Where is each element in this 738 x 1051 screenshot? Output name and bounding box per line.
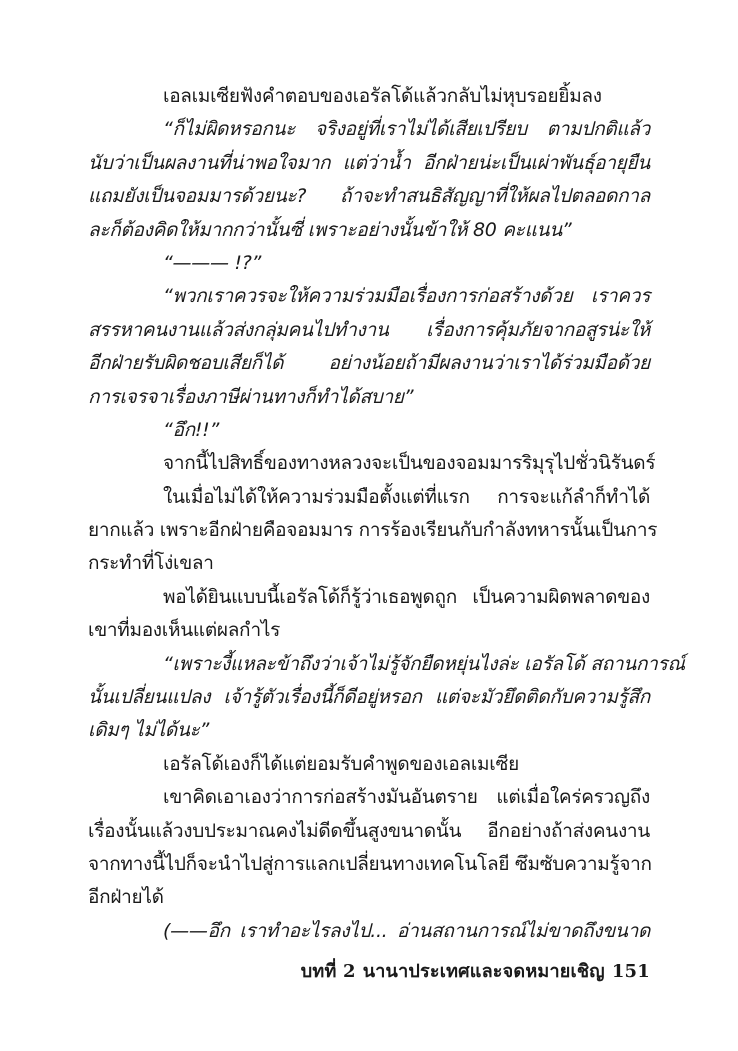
text-line: การเจรจาเรื่องภาษีผ่านทางก็ทำได้สบาย” <box>88 381 650 414</box>
paragraph: เขาคิดเอาเองว่าการก่อสร้างมันอันตราย แต่… <box>88 781 650 915</box>
page-footer: บทที่ 2นานาประเทศและจดหมายเชิญ151 <box>301 956 650 985</box>
text-line: “อึก!!” <box>88 414 650 447</box>
text-line: “ก็ไม่ผิดหรอกนะ จริงอยู่ที่เราไม่ได้เสีย… <box>88 113 650 146</box>
text-line: อีกฝ่ายรับผิดชอบเสียก็ได้ อย่างน้อยถ้ามี… <box>88 347 650 380</box>
text-line: (——อึก เราทำอะไรลงไป... อ่านสถานการณ์ไม่… <box>88 915 650 948</box>
text-line: เรื่องนั้นแล้วงบประมาณคงไม่ดีดขึ้นสูงขนา… <box>88 815 650 848</box>
text-line: เดิมๆ ไม่ได้นะ” <box>88 714 650 747</box>
paragraph: เอลเมเซียฟังคำตอบของเอรัลโด้แล้วกลับไม่ห… <box>88 80 650 113</box>
chapter-label: บทที่ 2 <box>301 961 356 982</box>
dialogue-paragraph: “——— !?” <box>88 247 650 280</box>
chapter-title: นานาประเทศและจดหมายเชิญ <box>363 961 605 982</box>
text-line: ยากแล้ว เพราะอีกฝ่ายคือจอมมาร การร้องเรี… <box>88 514 650 547</box>
text-line: เอลเมเซียฟังคำตอบของเอรัลโด้แล้วกลับไม่ห… <box>88 80 650 113</box>
dialogue-paragraph: “เพราะงี้แหละข้าถึงว่าเจ้าไม่รู้จักยืดหย… <box>88 648 650 748</box>
text-line: “พวกเราควรจะให้ความร่วมมือเรื่องการก่อสร… <box>88 280 650 313</box>
monologue-paragraph: (——อึก เราทำอะไรลงไป... อ่านสถานการณ์ไม่… <box>88 915 650 948</box>
paragraph: ในเมื่อไม่ได้ให้ความร่วมมือตั้งแต่ที่แรก… <box>88 481 650 581</box>
text-line: ละก็ต้องคิดให้มากกว่านั้นซี่ เพราะอย่างน… <box>88 214 650 247</box>
text-line: พอได้ยินแบบนี้เอรัลโด้ก็รู้ว่าเธอพูดถูก … <box>88 581 650 614</box>
dialogue-paragraph: “ก็ไม่ผิดหรอกนะ จริงอยู่ที่เราไม่ได้เสีย… <box>88 113 650 247</box>
paragraph: พอได้ยินแบบนี้เอรัลโด้ก็รู้ว่าเธอพูดถูก … <box>88 581 650 648</box>
text-line: เขาคิดเอาเองว่าการก่อสร้างมันอันตราย แต่… <box>88 781 650 814</box>
text-line: “เพราะงี้แหละข้าถึงว่าเจ้าไม่รู้จักยืดหย… <box>88 648 650 681</box>
text-line: นับว่าเป็นผลงานที่น่าพอใจมาก แต่ว่าน้ำ อ… <box>88 147 650 180</box>
text-line: ในเมื่อไม่ได้ให้ความร่วมมือตั้งแต่ที่แรก… <box>88 481 650 514</box>
text-line: เอรัลโด้เองก็ได้แต่ยอมรับคำพูดของเอลเมเซ… <box>88 748 650 781</box>
dialogue-paragraph: “อึก!!” <box>88 414 650 447</box>
book-page-body: เอลเมเซียฟังคำตอบของเอรัลโด้แล้วกลับไม่ห… <box>88 80 650 948</box>
text-line: แถมยังเป็นจอมมารด้วยนะ? ถ้าจะทำสนธิสัญญา… <box>88 180 650 213</box>
paragraph: จากนี้ไปสิทธิ์ของทางหลวงจะเป็นของจอมมารร… <box>88 447 650 480</box>
dialogue-paragraph: “พวกเราควรจะให้ความร่วมมือเรื่องการก่อสร… <box>88 280 650 414</box>
paragraph: เอรัลโด้เองก็ได้แต่ยอมรับคำพูดของเอลเมเซ… <box>88 748 650 781</box>
text-line: สรรหาคนงานแล้วส่งกลุ่มคนไปทำงาน เรื่องกา… <box>88 314 650 347</box>
text-line: จากนี้ไปสิทธิ์ของทางหลวงจะเป็นของจอมมารร… <box>88 447 650 480</box>
text-line: นั้นเปลี่ยนแปลง เจ้ารู้ตัวเรื่องนี้ก็ดีอ… <box>88 681 650 714</box>
text-line: อีกฝ่ายได้ <box>88 881 650 914</box>
page-number: 151 <box>612 961 650 982</box>
text-line: กระทำที่โง่เขลา <box>88 547 650 580</box>
text-line: “——— !?” <box>88 247 650 280</box>
text-line: เขาที่มองเห็นแต่ผลกำไร <box>88 614 650 647</box>
text-line: จากทางนี้ไปก็จะนำไปสู่การแลกเปลี่ยนทางเท… <box>88 848 650 881</box>
